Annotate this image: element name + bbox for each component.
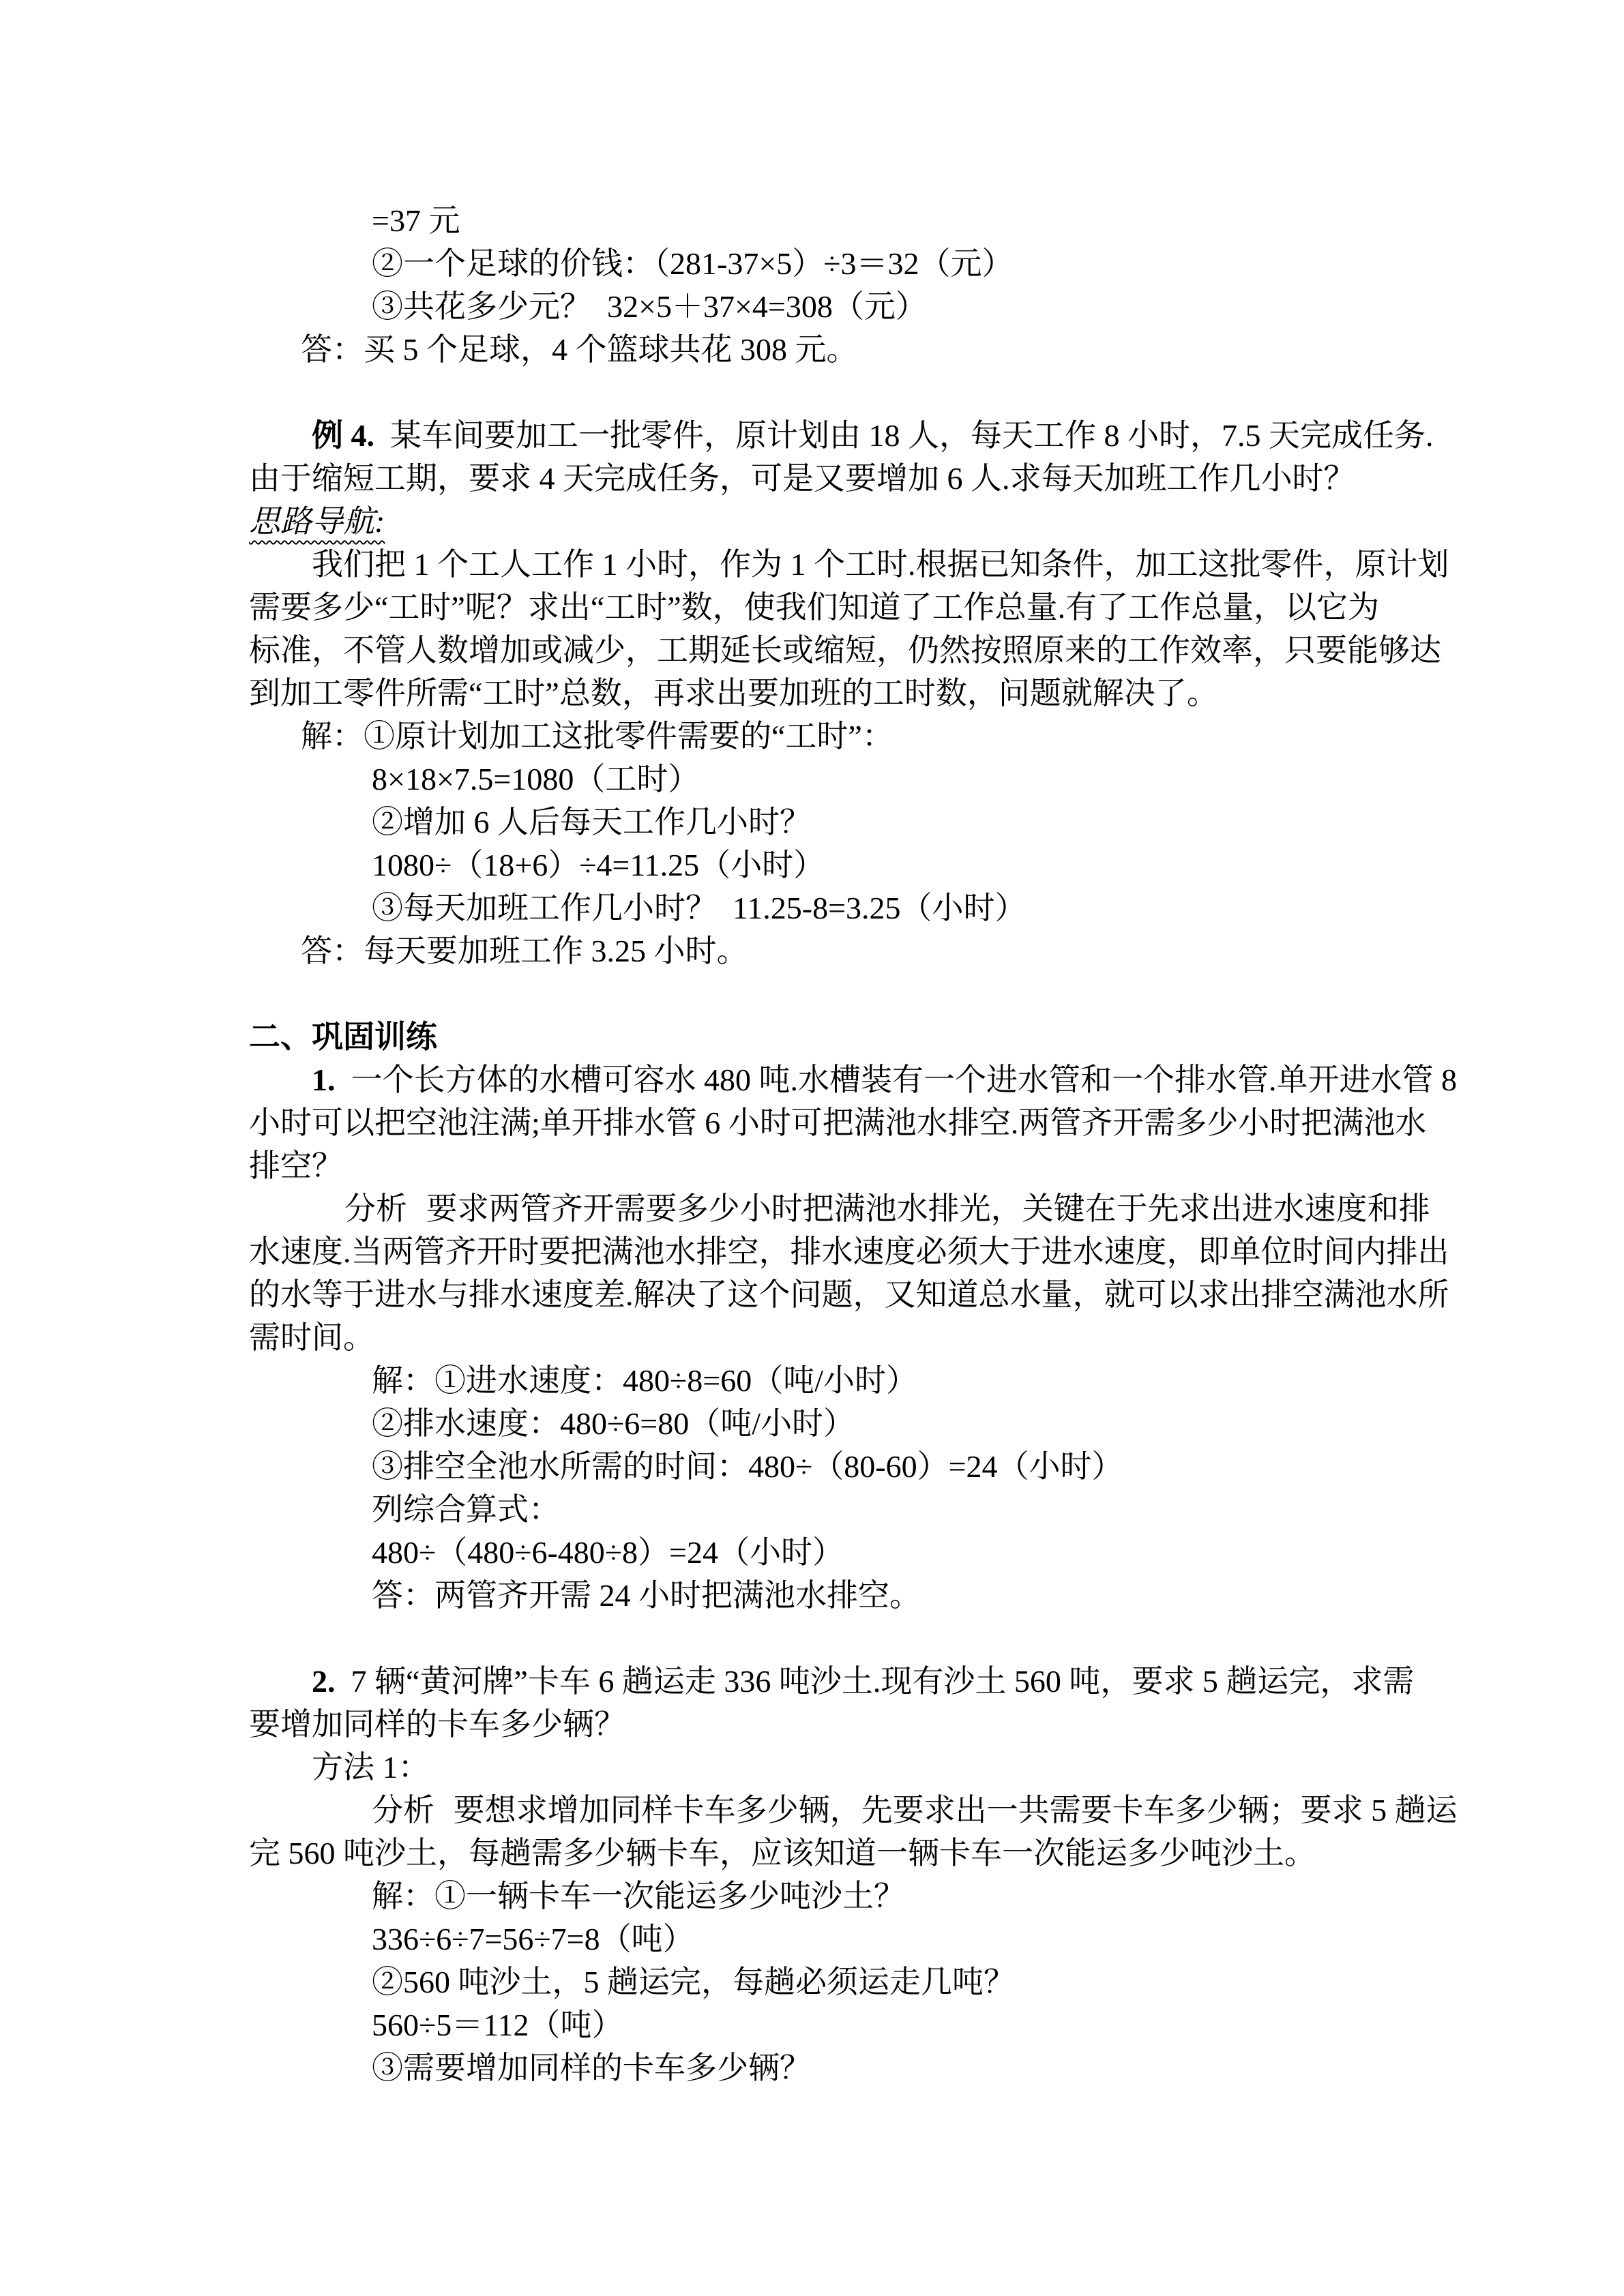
- p1-combined-formula-line: 480÷（480÷6-480÷8）=24（小时）: [249, 1531, 1453, 1574]
- blank-line: [249, 371, 1453, 414]
- ex4-step2-line: ②增加 6 人后每天工作几小时？: [249, 801, 1453, 844]
- blank-line: [249, 972, 1453, 1015]
- ex4-answer-line: 答：每天要加班工作 3.25 小时。: [249, 929, 1453, 972]
- ex4-problem-text1: 某车间要加工一批零件，原计划由 18 人，每天工作 8 小时，7.5 天完成任务…: [390, 418, 1434, 453]
- ex3-price-result-line: =37 元: [249, 199, 1453, 242]
- ex4-problem-line1: 例 4.某车间要加工一批零件，原计划由 18 人，每天工作 8 小时，7.5 天…: [249, 414, 1453, 457]
- p1-solution-step1-line: 解：①进水速度：480÷8=60（吨/小时）: [249, 1359, 1453, 1402]
- p2-analysis-line1: 分析要想求增加同样卡车多少辆，先要求出一共需要卡车多少辆；要求 5 趟运: [249, 1789, 1453, 1832]
- p1-analysis-line1: 分析要求两管齐开需要多少小时把满池水排光，关键在于先求出进水速度和排: [249, 1187, 1453, 1230]
- ex4-analysis-line2: 需要多少“工时”呢？求出“工时”数，使我们知道了工作总量.有了工作总量，以它为: [249, 586, 1453, 629]
- p1-analysis-text1: 要求两管齐开需要多少小时把满池水排光，关键在于先求出进水速度和排: [426, 1191, 1430, 1226]
- p1-combined-label-line: 列综合算式：: [249, 1488, 1453, 1531]
- p2-solution-head-line: 解：①一辆卡车一次能运多少吨沙土？: [249, 1875, 1453, 1918]
- p1-analysis-line2: 水速度.当两管齐开时要把满池水排空，排水速度必须大于进水速度，即单位时间内排出: [249, 1230, 1453, 1273]
- document-page: =37 元 ②一个足球的价钱：（281-37×5）÷3＝32（元） ③共花多少元…: [0, 0, 1624, 2296]
- nav-label: 思路导航:: [249, 504, 385, 539]
- p2-step3-line: ③需要增加同样的卡车多少辆？: [249, 2046, 1453, 2089]
- ex4-analysis-line1: 我们把 1 个工人工作 1 小时，作为 1 个工时.根据已知条件，加工这批零件，…: [249, 543, 1453, 586]
- p1-answer-line: 答：两管齐开需 24 小时把满池水排空。: [249, 1574, 1453, 1617]
- ex4-solution-head-line: 解：①原计划加工这批零件需要的“工时”：: [249, 715, 1453, 758]
- ex4-problem-line2: 由于缩短工期，要求 4 天完成任务，可是又要增加 6 人.求每天加班工作几小时？: [249, 457, 1453, 500]
- ex3-answer-line: 答：买 5 个足球，4 个篮球共花 308 元。: [249, 328, 1453, 371]
- section-heading: 二、巩固训练: [249, 1015, 1453, 1058]
- ex4-analysis-line4: 到加工零件所需“工时”总数，再求出要加班的工时数，问题就解决了。: [249, 672, 1453, 715]
- p1-solution-step3-line: ③排空全池水所需的时间：480÷（80-60）=24（小时）: [249, 1445, 1453, 1488]
- document-content: =37 元 ②一个足球的价钱：（281-37×5）÷3＝32（元） ③共花多少元…: [249, 199, 1453, 2089]
- ex4-analysis-line3: 标准，不管人数增加或减少，工期延长或缩短，仍然按照原来的工作效率，只要能够达: [249, 629, 1453, 672]
- ex3-step2-line: ②一个足球的价钱：（281-37×5）÷3＝32（元）: [249, 242, 1453, 285]
- p2-analysis-text1: 要想求增加同样卡车多少辆，先要求出一共需要卡车多少辆；要求 5 趟运: [454, 1793, 1458, 1828]
- ex4-nav-line: 思路导航:: [249, 500, 1453, 543]
- p2-problem-text1: 7 辆“黄河牌”卡车 6 趟运走 336 吨沙土.现有沙土 560 吨，要求 5…: [351, 1664, 1415, 1699]
- p1-solution-step2-line: ②排水速度：480÷6=80（吨/小时）: [249, 1402, 1453, 1445]
- p1-problem-line1: 1.一个长方体的水槽可容水 480 吨.水槽装有一个进水管和一个排水管.单开进水…: [249, 1058, 1453, 1101]
- blank-line: [249, 1617, 1453, 1660]
- p2-analysis-label: 分析: [372, 1793, 434, 1828]
- ex4-formula-line1: 8×18×7.5=1080（工时）: [249, 758, 1453, 801]
- p1-problem-text1: 一个长方体的水槽可容水 480 吨.水槽装有一个进水管和一个排水管.单开进水管 …: [351, 1062, 1458, 1097]
- p1-problem-line2: 小时可以把空池注满;单开排水管 6 小时可把满池水排空.两管齐开需多少小时把满池…: [249, 1101, 1453, 1144]
- p2-formula-line2: 560÷5＝112（吨）: [249, 2003, 1453, 2046]
- p2-problem-line1: 2.7 辆“黄河牌”卡车 6 趟运走 336 吨沙土.现有沙土 560 吨，要求…: [249, 1660, 1453, 1703]
- p2-analysis-line2: 完 560 吨沙土，每趟需多少辆卡车，应该知道一辆卡车一次能运多少吨沙土。: [249, 1832, 1453, 1875]
- ex3-step3-line: ③共花多少元？ 32×5＋37×4=308（元）: [249, 285, 1453, 328]
- ex4-label: 例 4.: [312, 418, 374, 453]
- p2-number: 2.: [312, 1664, 336, 1699]
- p2-formula-line1: 336÷6÷7=56÷7=8（吨）: [249, 1918, 1453, 1960]
- p1-analysis-label: 分析: [344, 1191, 407, 1226]
- p1-number: 1.: [312, 1062, 336, 1097]
- p2-problem-line2: 要增加同样的卡车多少辆？: [249, 1703, 1453, 1746]
- p1-problem-line3: 排空？: [249, 1144, 1453, 1187]
- ex4-formula-line2: 1080÷（18+6）÷4=11.25（小时）: [249, 844, 1453, 886]
- p2-step2-line: ②560 吨沙土，5 趟运完，每趟必须运走几吨？: [249, 1960, 1453, 2003]
- p1-analysis-line4: 需时间。: [249, 1316, 1453, 1359]
- ex4-step3-line: ③每天加班工作几小时？ 11.25-8=3.25（小时）: [249, 886, 1453, 929]
- p1-analysis-line3: 的水等于进水与排水速度差.解决了这个问题，又知道总水量，就可以求出排空满池水所: [249, 1273, 1453, 1316]
- p2-method-line: 方法 1：: [249, 1746, 1453, 1789]
